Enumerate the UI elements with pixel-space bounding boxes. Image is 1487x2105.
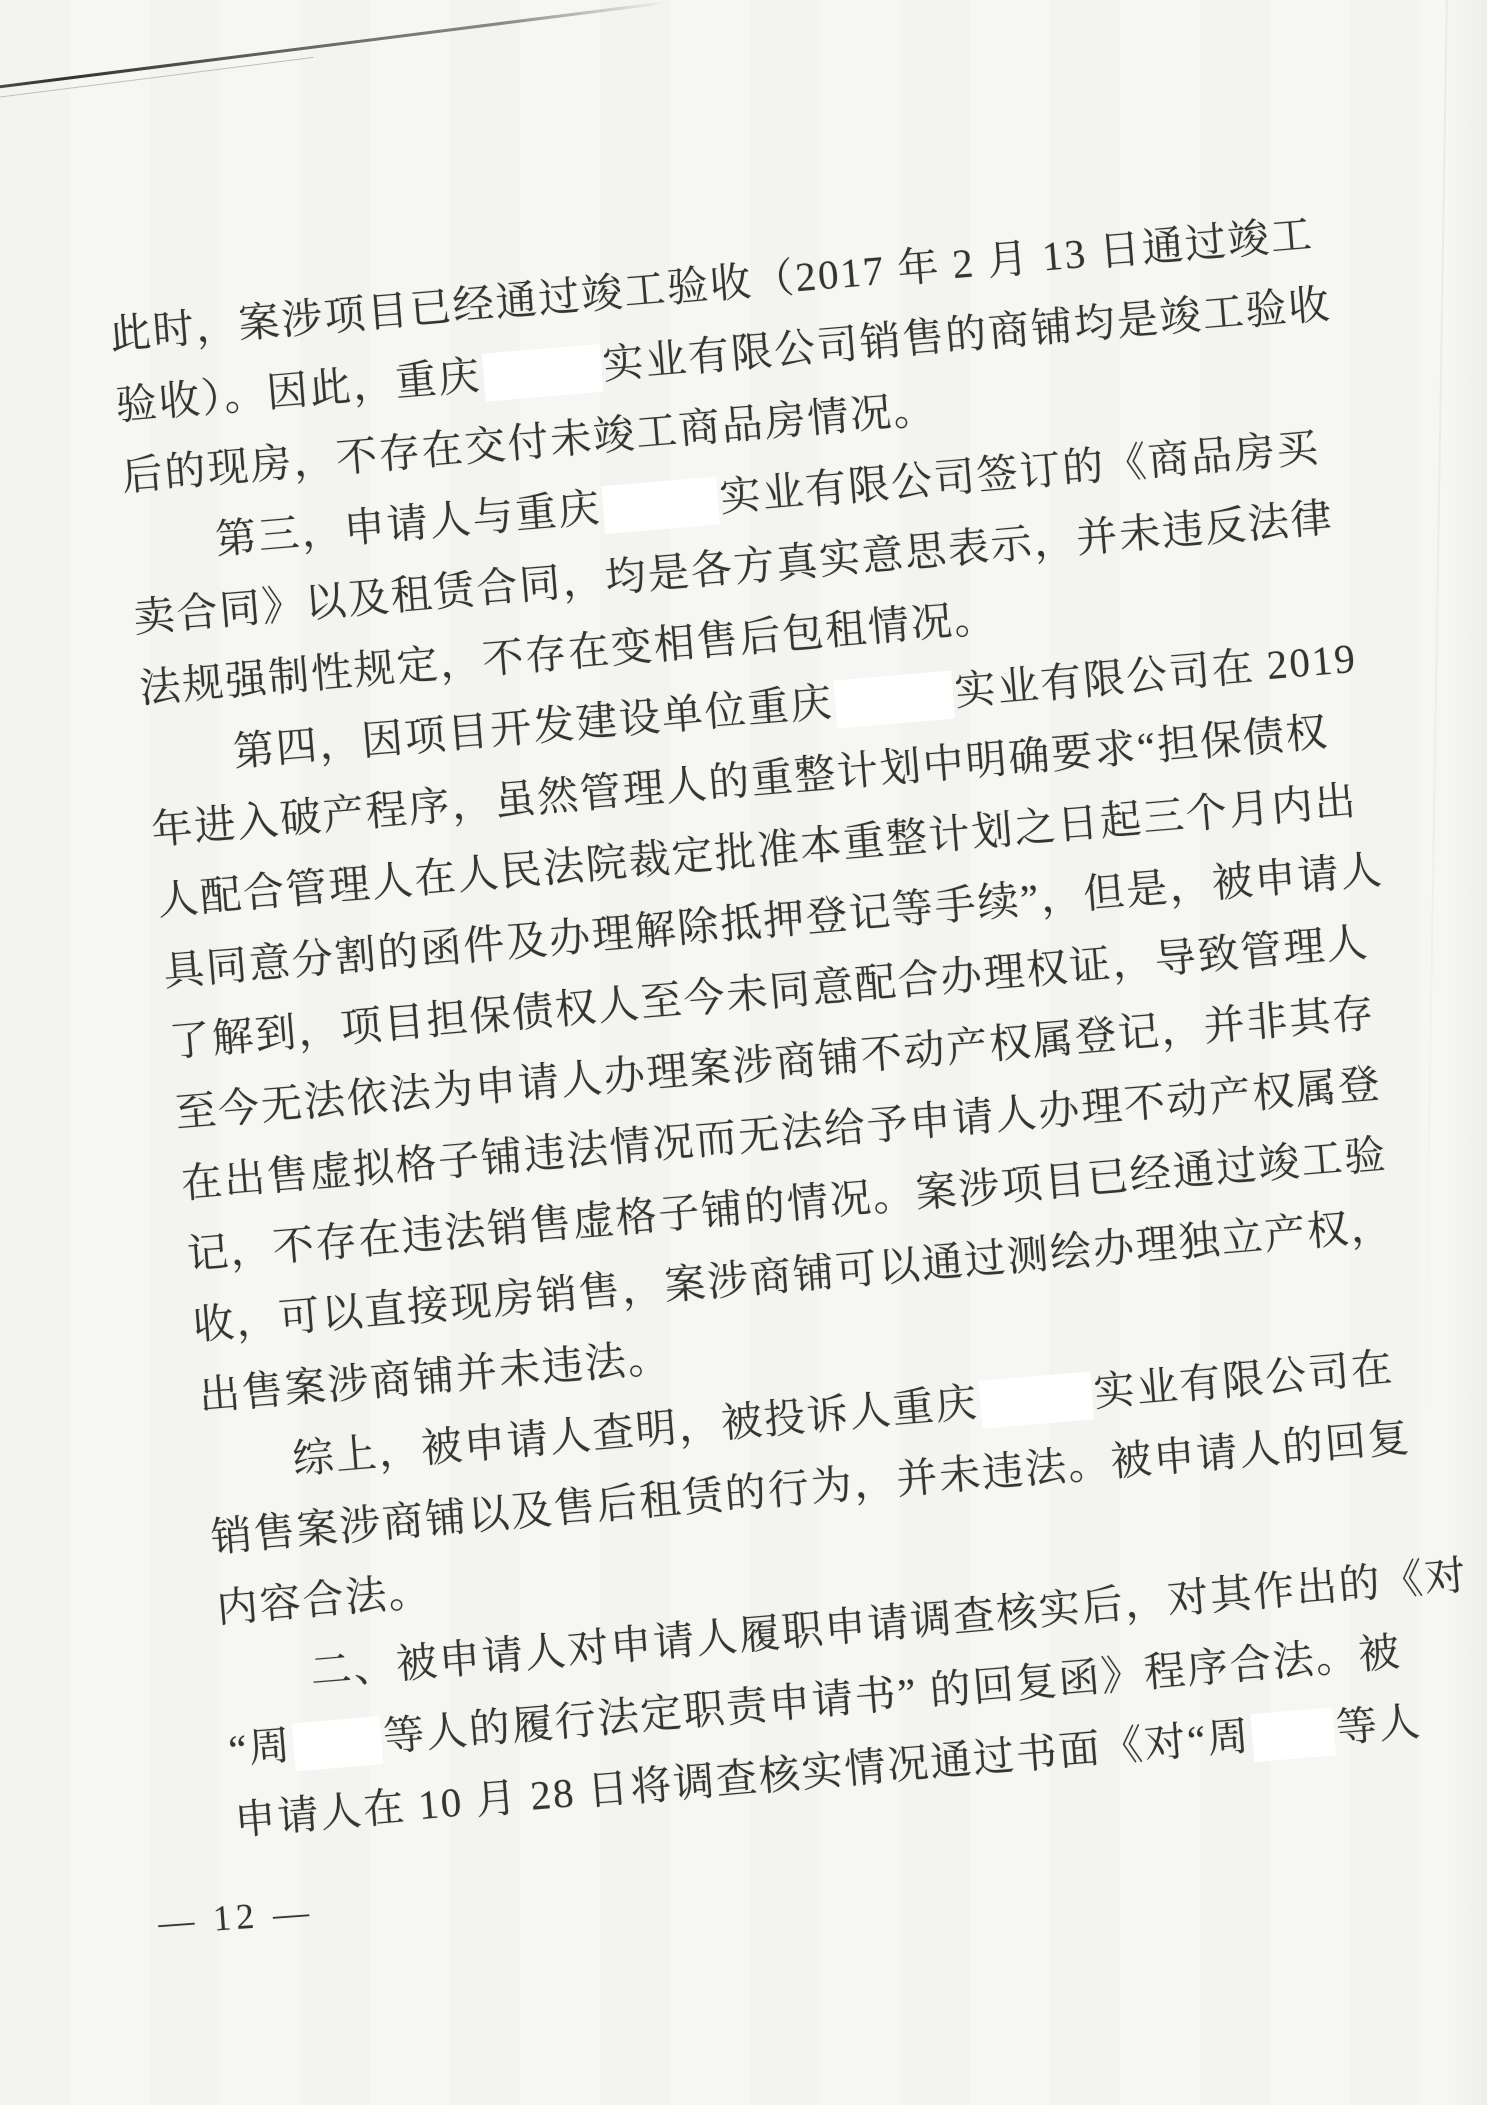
- scan-edge-artifact: [0, 1, 669, 89]
- redaction-box: [601, 476, 720, 533]
- page-number: — 12 —: [157, 1890, 316, 1943]
- redaction-box: [292, 1716, 384, 1771]
- body-text-segment: “周: [227, 1722, 294, 1773]
- scan-edge-artifact-2: [0, 57, 314, 98]
- document-body-text: 此时，案涉项目已经通过竣工验收（2017 年 2 月 13 日通过竣工验收）。因…: [107, 194, 1487, 1857]
- body-text-segment: 内容合法。: [215, 1567, 433, 1631]
- redaction-box: [1251, 1707, 1337, 1762]
- redaction-box: [978, 1371, 1094, 1428]
- body-text-segment: 实业有限公司在: [1092, 1344, 1396, 1415]
- scanned-document-page: 此时，案涉项目已经通过竣工验收（2017 年 2 月 13 日通过竣工验收）。因…: [0, 0, 1487, 2105]
- body-text-segment: 等人: [1334, 1698, 1424, 1751]
- redaction-box: [481, 344, 603, 402]
- redaction-box: [833, 670, 955, 728]
- page-edge-shadow: [1449, 0, 1487, 2105]
